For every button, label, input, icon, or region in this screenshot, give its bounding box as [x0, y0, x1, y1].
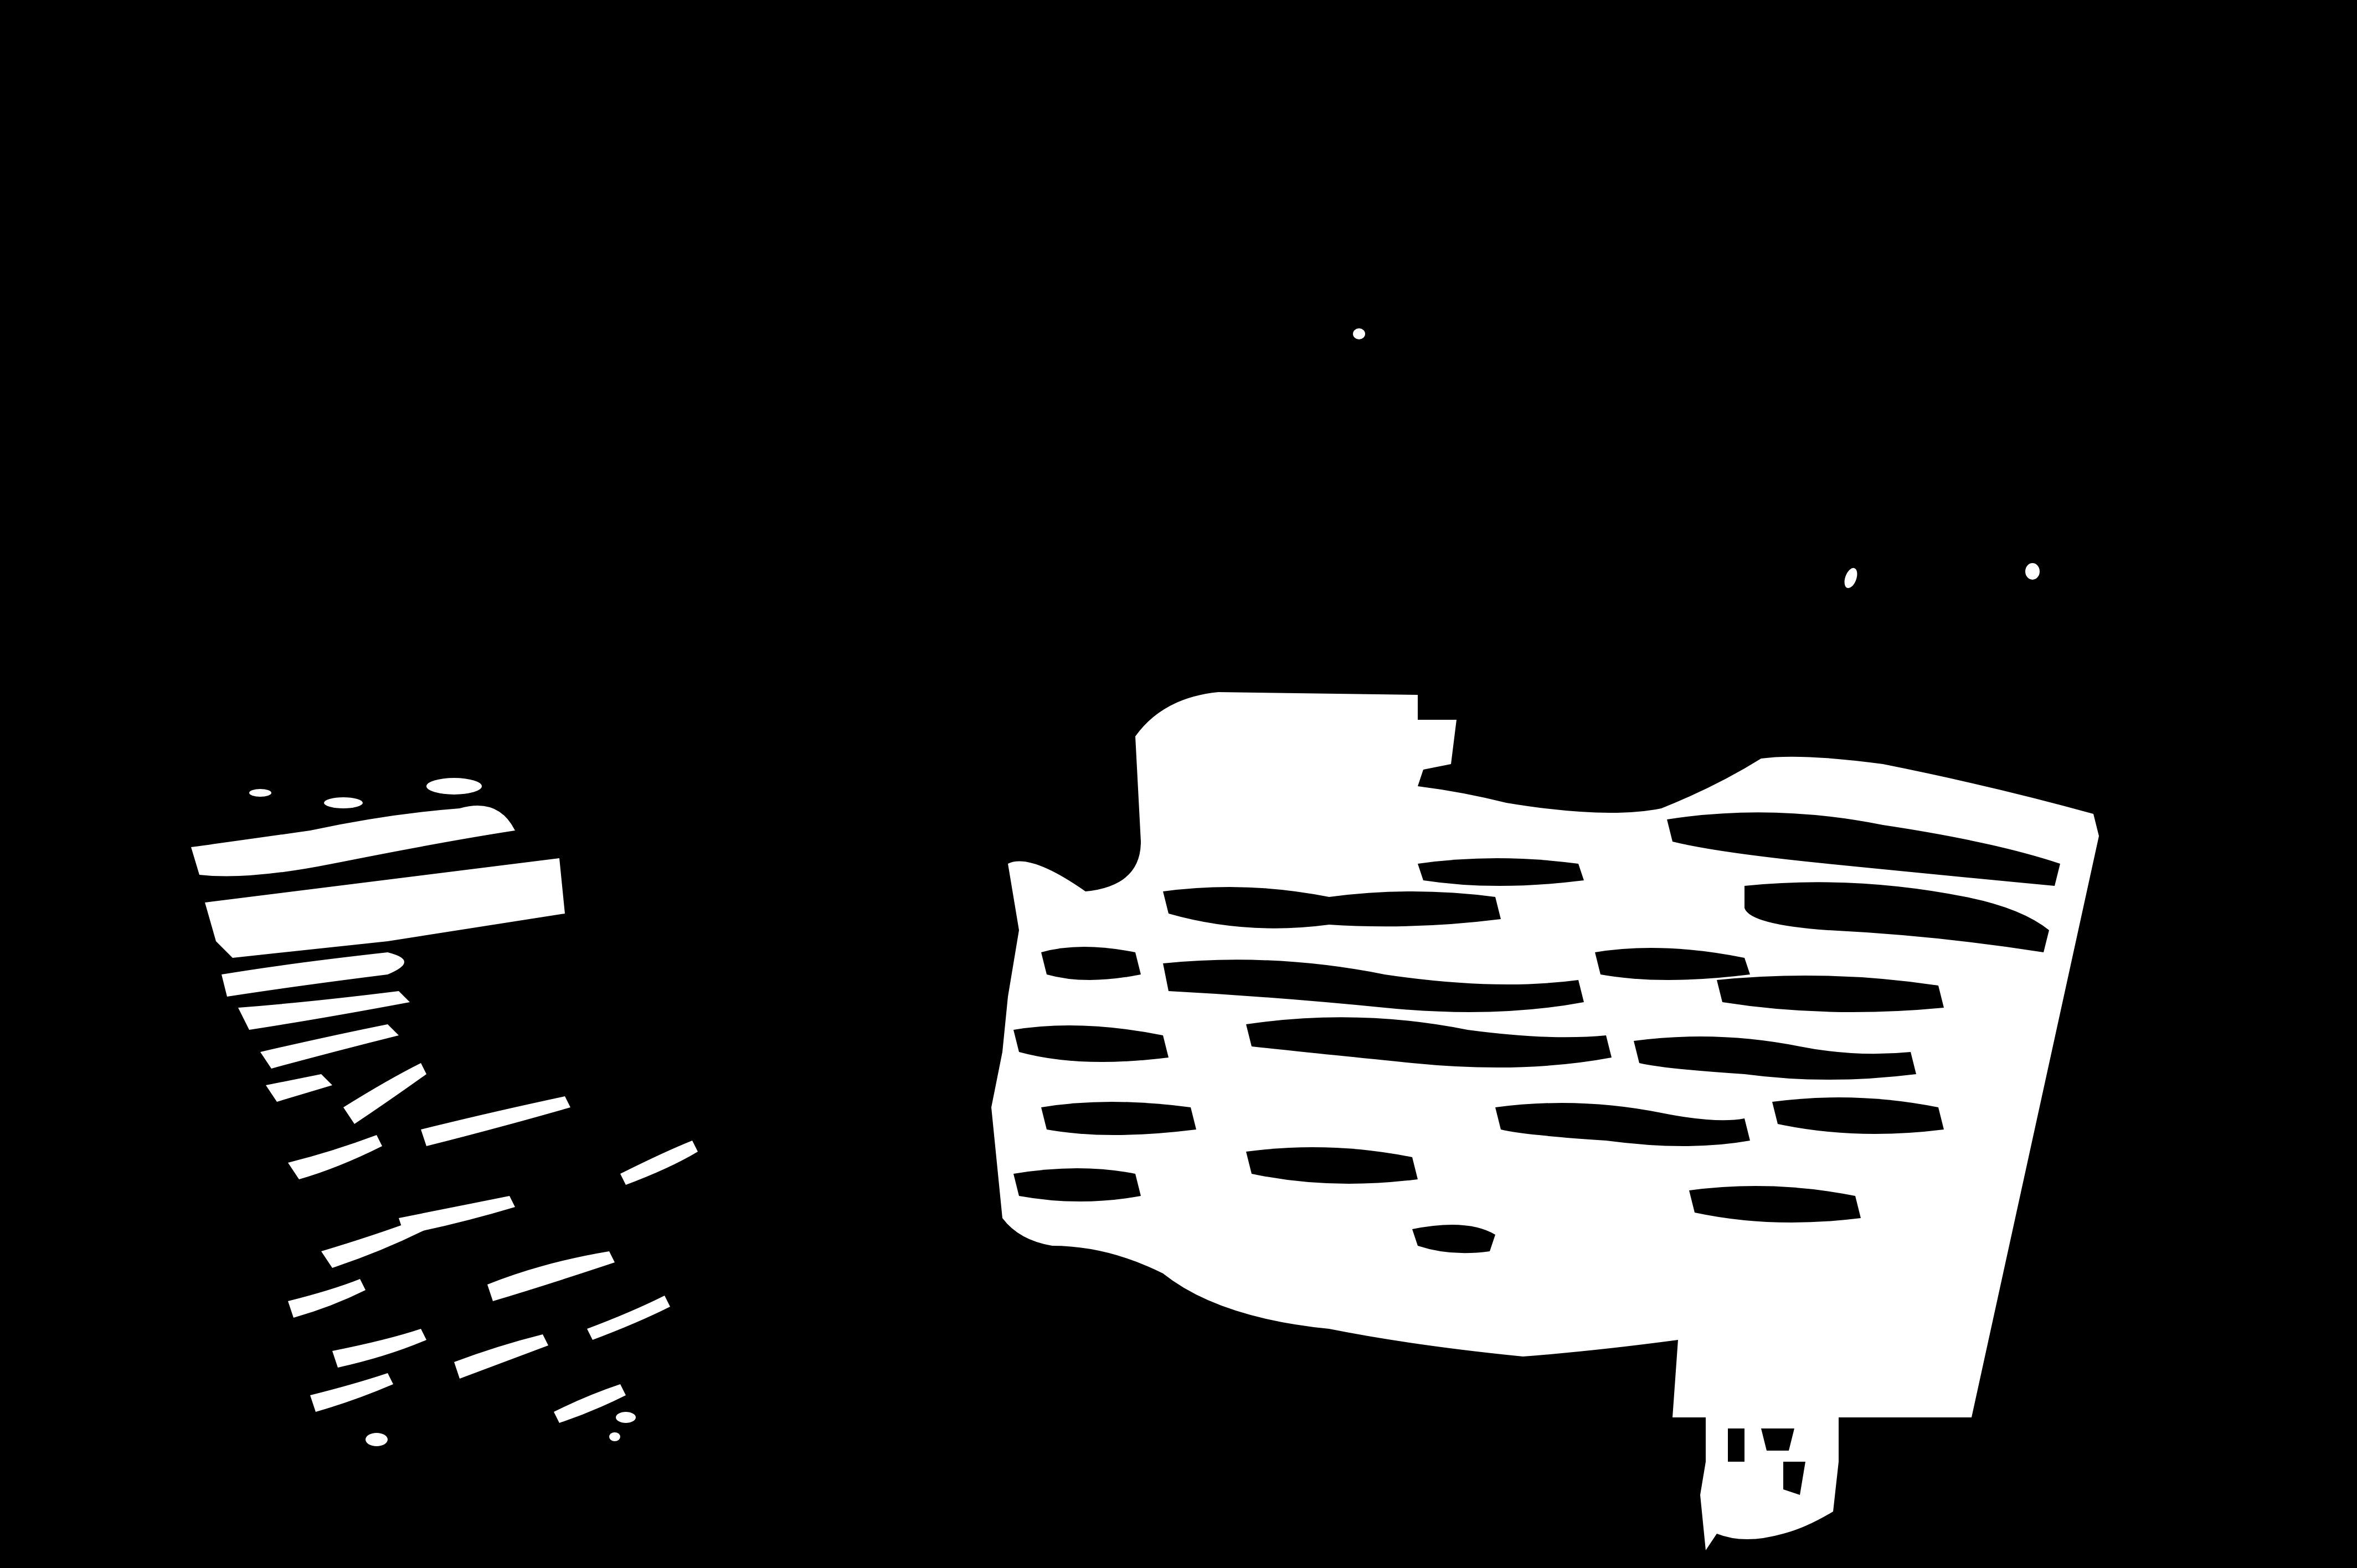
binarized-scene [0, 0, 2357, 1568]
